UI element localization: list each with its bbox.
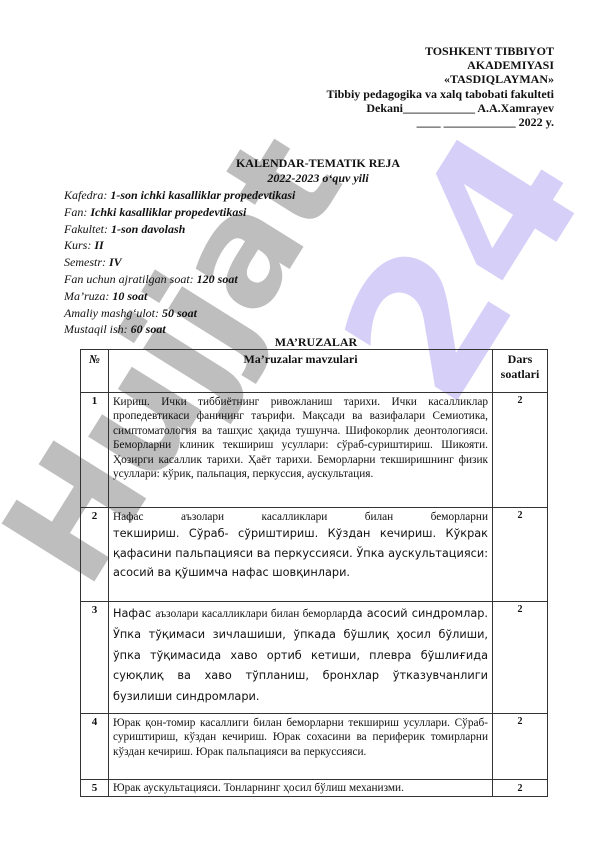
academy-name-line-2: AKADEMIYASI — [327, 58, 555, 72]
table-row: 2 Нафас аъзолари касалликлари билан бемо… — [81, 508, 548, 602]
table-row: 5 Юрак аускультацияси. Тонларнинг ҳосил … — [81, 780, 548, 797]
document-page: 24 Hujjat TOSHKENT TIBBIYOT AKADEMIYASI … — [0, 0, 596, 842]
dean-signature-line: Dekani____________ A.A.Xamrayev — [327, 101, 555, 115]
approval-block: TOSHKENT TIBBIYOT AKADEMIYASI «TASDIQLAY… — [327, 44, 555, 129]
meta-kurs: Kurs: II — [64, 237, 295, 254]
header-number: № — [81, 350, 109, 393]
meta-practical-hours: Amaliy mashg‘ulot: 50 soat — [64, 305, 295, 322]
row-hours: 2 — [493, 393, 548, 508]
academic-year: 2022-2023 o‘quv yili — [0, 171, 596, 186]
header-hours: Dars soatlari — [493, 350, 548, 393]
meta-kafedra: Kafedra: 1-son ichki kasalliklar propede… — [64, 187, 295, 204]
row-hours: 2 — [493, 714, 548, 780]
row-number: 3 — [81, 602, 109, 714]
course-meta: Kafedra: 1-son ichki kasalliklar propede… — [64, 187, 295, 338]
header-topic: Ma’ruzalar mavzulari — [109, 350, 493, 393]
row-hours: 2 — [493, 508, 548, 602]
table-row: 1 Кириш. Ички тиббиётнинг ривожланиш тар… — [81, 393, 548, 508]
lectures-table: № Ma’ruzalar mavzulari Dars soatlari 1 К… — [80, 349, 548, 797]
title-block: KALENDAR-TEMATIK REJA 2022-2023 o‘quv yi… — [0, 156, 596, 186]
row-number: 5 — [81, 780, 109, 797]
row-topic: Нафас аъзолари касалликлари билан беморл… — [109, 508, 493, 602]
meta-total-hours: Fan uchun ajratilgan soat: 120 soat — [64, 271, 295, 288]
meta-lecture-hours: Ma’ruza: 10 soat — [64, 288, 295, 305]
approval-date-line: ____ ____________ 2022 y. — [327, 115, 555, 129]
table-header-row: № Ma’ruzalar mavzulari Dars soatlari — [81, 350, 548, 393]
table-row: 4 Юрак қон-томир касаллиги билан беморла… — [81, 714, 548, 780]
row-topic: Юрак аускультацияси. Тонларнинг ҳосил бў… — [109, 780, 493, 797]
approval-stamp: «TASDIQLAYMAN» — [327, 72, 555, 86]
meta-fakultet: Fakultet: 1-son davolash — [64, 221, 295, 238]
lectures-section-title: MA’RUZALAR — [0, 335, 596, 349]
table-row: 3 Нафас аъзолари касалликлари билан бемо… — [81, 602, 548, 714]
document-title: KALENDAR-TEMATIK REJA — [0, 156, 596, 171]
meta-fan: Fan: Ichki kasalliklar propedevtikasi — [64, 204, 295, 221]
academy-name-line-1: TOSHKENT TIBBIYOT — [327, 44, 555, 58]
row-topic: Кириш. Ички тиббиётнинг ривожланиш тарих… — [109, 393, 493, 508]
meta-semestr: Semestr: IV — [64, 254, 295, 271]
row-hours: 2 — [493, 780, 548, 797]
faculty-name: Tibbiy pedagogika va xalq tabobati fakul… — [327, 87, 555, 101]
row-hours: 2 — [493, 602, 548, 714]
row-topic: Нафас аъзолари касалликлари билан беморл… — [109, 602, 493, 714]
row-topic: Юрак қон-томир касаллиги билан беморларн… — [109, 714, 493, 780]
row-number: 1 — [81, 393, 109, 508]
row-number: 2 — [81, 508, 109, 602]
row-number: 4 — [81, 714, 109, 780]
